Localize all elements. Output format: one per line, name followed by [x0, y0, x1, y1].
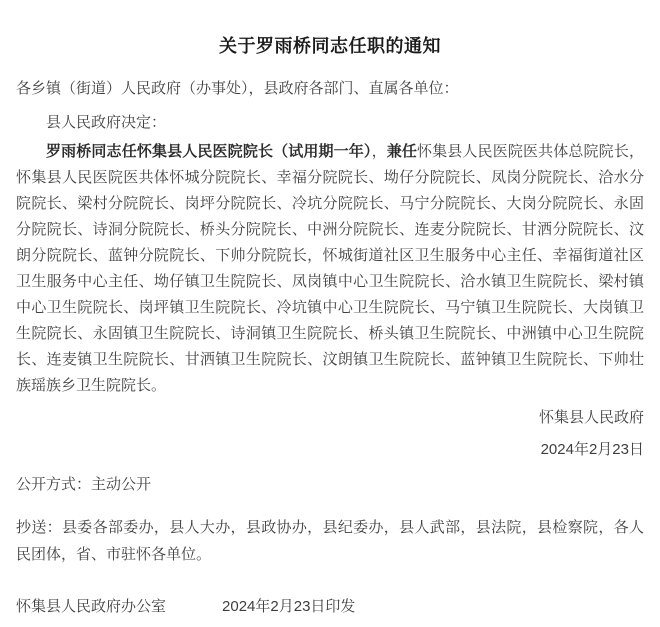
appointment-paragraph: 罗雨桥同志任怀集县人民医院院长（试用期一年），兼任怀集县人民医院医共体总院院长，…	[16, 139, 644, 399]
issue-date: 2024年2月23日	[16, 439, 644, 460]
appointment-concurrent-bold: 兼任	[387, 143, 417, 160]
footer-print-date: 2024年2月23日印发	[222, 596, 355, 617]
appointment-detail: 怀集县人民医院医共体总院院长，怀集县人民医院医共体怀城分院院长、幸福分院院长、坳…	[16, 143, 644, 394]
appointment-separator: ，	[372, 143, 387, 160]
publicity-line: 公开方式：主动公开	[16, 474, 644, 495]
footer-row: 怀集县人民政府办公室 2024年2月23日印发	[16, 596, 644, 617]
notice-document: 关于罗雨桥同志任职的通知 各乡镇（街道）人民政府（办事处），县政府各部门、直属各…	[0, 0, 660, 627]
addressee-line: 各乡镇（街道）人民政府（办事处），县政府各部门、直属各单位：	[16, 78, 644, 99]
decision-intro-line: 县人民政府决定：	[16, 112, 644, 133]
footer-office: 怀集县人民政府办公室	[16, 596, 166, 617]
appointment-main-bold: 罗雨桥同志任怀集县人民医院院长（试用期一年）	[46, 143, 372, 160]
document-title: 关于罗雨桥同志任职的通知	[16, 34, 644, 58]
cc-line: 抄送：县委各部委办，县人大办，县政协办，县纪委办，县人武部，县法院，县检察院，各…	[16, 514, 644, 568]
issuer-signature: 怀集县人民政府	[16, 407, 644, 428]
